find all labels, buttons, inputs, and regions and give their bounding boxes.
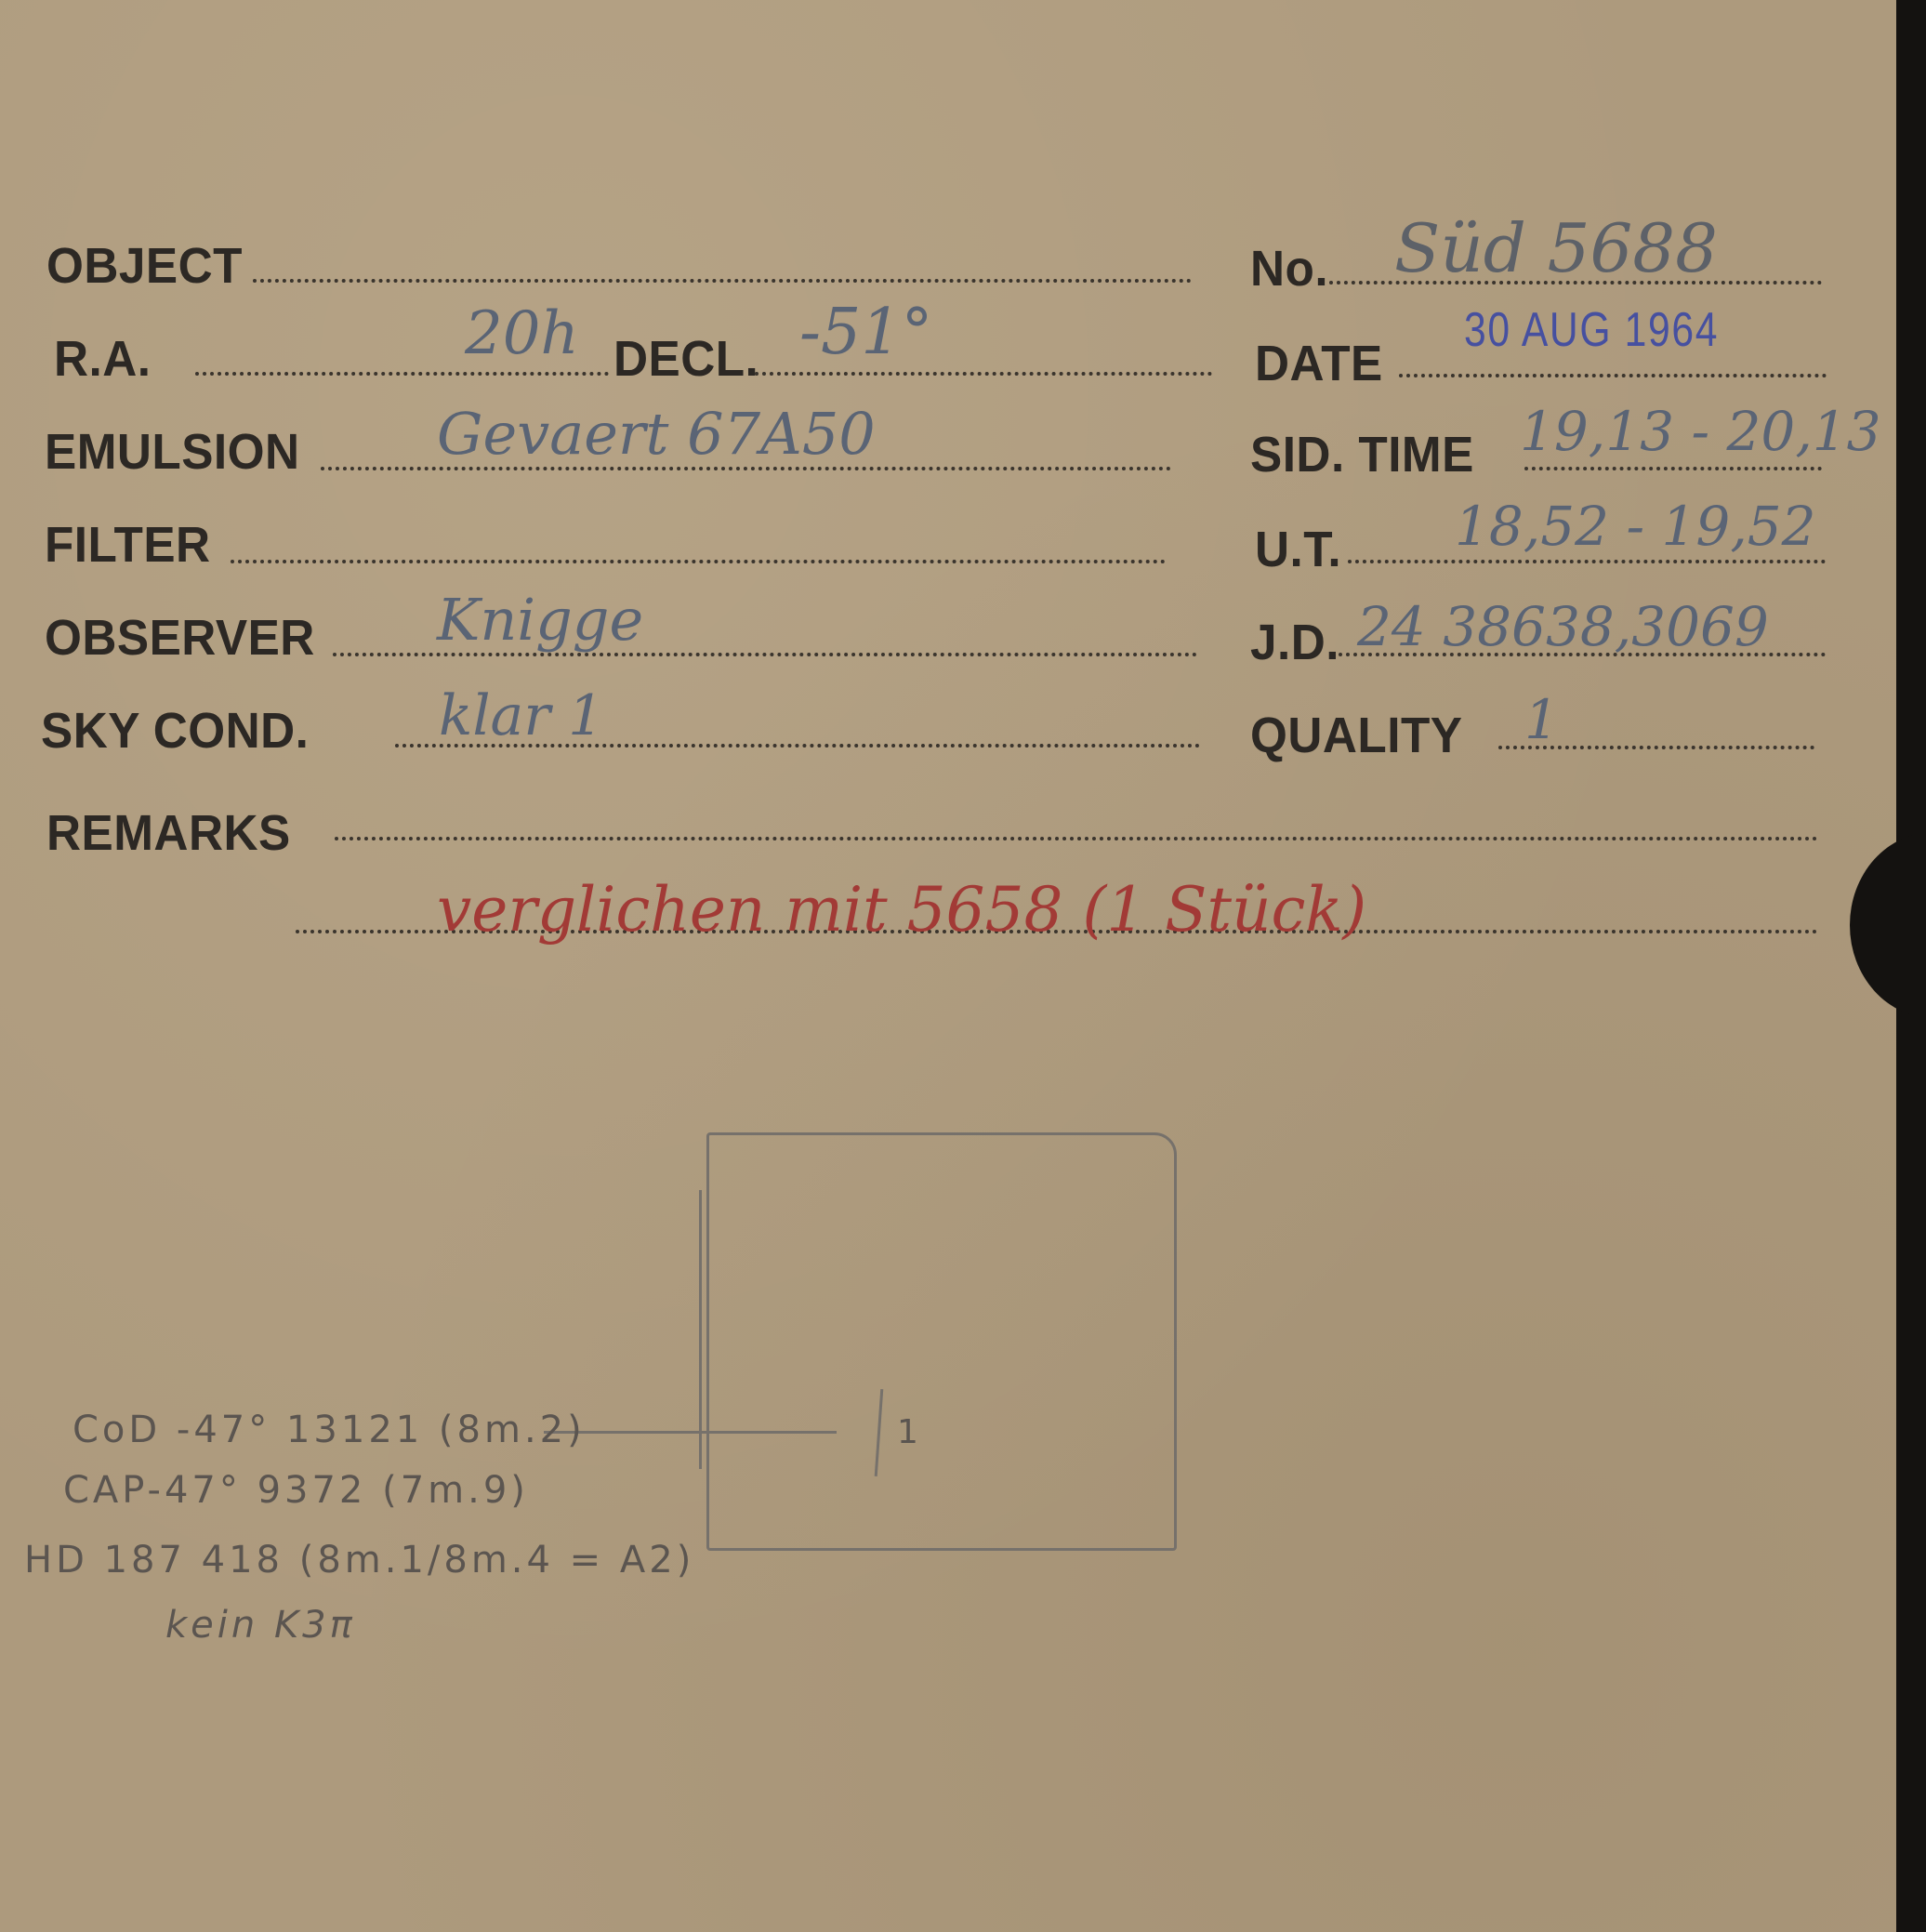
plate-envelope: OBJECT R.A. 20h DECL. -51° EMULSION Geva… [0, 0, 1896, 1932]
decl-value: -51° [799, 296, 933, 369]
label-filter: FILTER [45, 516, 211, 574]
no-value: Süd 5688 [1394, 209, 1718, 287]
quality-value: 1 [1524, 688, 1559, 751]
ra-line [195, 372, 609, 376]
date-stamp: 30 AUG 1964 [1464, 302, 1719, 358]
sky-cond-value: klar 1 [439, 683, 603, 748]
sketch-edge-mark [699, 1190, 702, 1469]
label-sid-time: SID. TIME [1250, 426, 1474, 483]
label-jd: J.D. [1250, 614, 1339, 671]
label-quality: QUALITY [1250, 707, 1462, 764]
observer-value: Knigge [437, 586, 643, 654]
decl-line [755, 372, 1212, 376]
sketch-note-3: HD 187 418 (8m.1/8m.4 = A2) [24, 1539, 694, 1581]
label-ut: U.T. [1255, 521, 1341, 578]
sid-time-line [1524, 467, 1822, 470]
remarks-value: verglichen mit 5658 (1 Stück) [437, 874, 1366, 946]
label-date: DATE [1255, 335, 1383, 392]
star-marker-label: 1 [897, 1413, 922, 1451]
label-sky-cond: SKY COND. [41, 702, 309, 760]
ra-value: 20h [465, 299, 579, 368]
label-decl: DECL. [613, 330, 759, 388]
label-emulsion: EMULSION [45, 423, 300, 481]
object-line [253, 279, 1192, 283]
jd-value: 24 38638,3069 [1357, 595, 1769, 658]
emulsion-value: Gevaert 67A50 [437, 400, 876, 468]
label-observer: OBSERVER [45, 609, 315, 667]
sid-time-value: 19,13 - 20,13 [1520, 400, 1881, 463]
sketch-note-2: CAP-47° 9372 (7m.9) [63, 1469, 529, 1512]
label-ra: R.A. [54, 330, 152, 388]
ut-value: 18,52 - 19,52 [1455, 495, 1816, 558]
label-object: OBJECT [46, 237, 243, 295]
sketch-pointer-line [544, 1431, 837, 1434]
label-no: No. [1250, 240, 1328, 298]
remarks-line-1 [335, 837, 1818, 840]
label-remarks: REMARKS [46, 804, 291, 862]
ut-line [1348, 560, 1826, 563]
date-line [1399, 374, 1827, 377]
filter-line [231, 560, 1166, 563]
sketch-note-1: CoD -47° 13121 (8m.2) [73, 1409, 586, 1451]
plate-field-sketch [706, 1132, 1177, 1551]
sketch-note-4: kein K3π [165, 1604, 356, 1647]
